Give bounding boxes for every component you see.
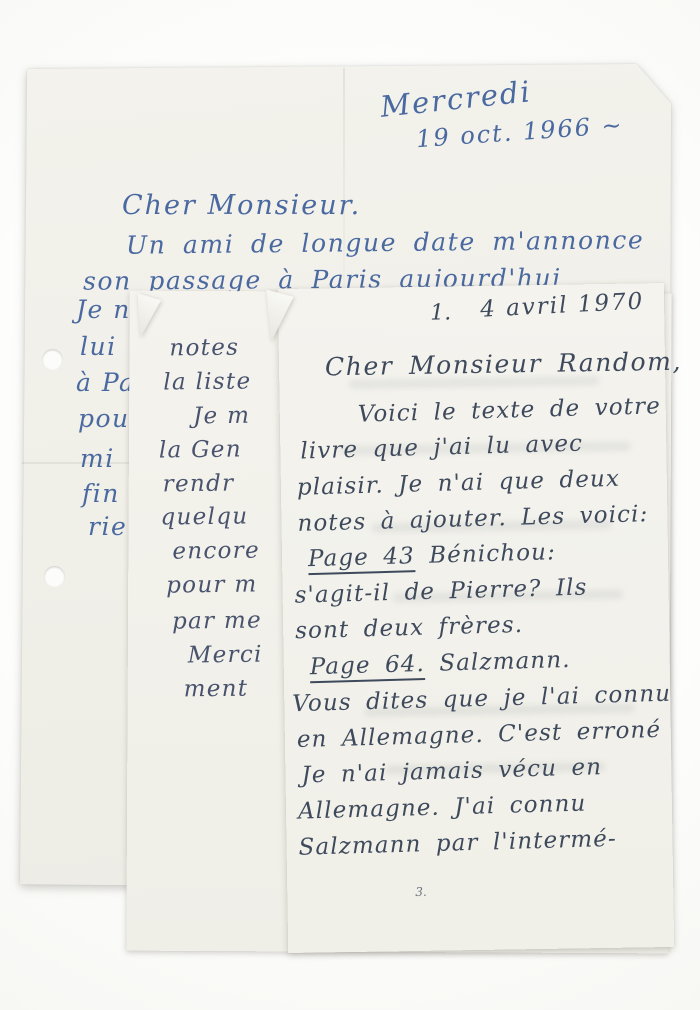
dogear-fold: [132, 293, 161, 339]
clipped-line-fragment: Je n: [76, 295, 131, 324]
clipped-line-fragment: pour m: [166, 571, 258, 598]
clipped-line-fragment: rendr: [163, 471, 235, 498]
horizontal-fold-crease: [22, 462, 134, 464]
letter-line-text: Salzmann.: [425, 647, 571, 677]
date-line-1970: 4 avril 1970: [480, 288, 645, 322]
vertical-fold-crease: [343, 68, 345, 298]
clipped-line-fragment: quelqu: [160, 503, 248, 530]
clipped-line-fragment: notes: [169, 335, 239, 362]
clipped-line-fragment: rie: [88, 512, 127, 541]
letter-line: sont deux frères.: [295, 612, 524, 644]
clipped-line-fragment: ment: [183, 676, 248, 703]
dogear-fold-face: [132, 293, 161, 339]
photograph-of-handwritten-letters: Mercredi 19 oct. 1966 ~ Cher Monsieur. U…: [0, 0, 700, 1010]
letter-line: livre que j'ai lu avec: [300, 431, 583, 465]
dogear-fold-face: [262, 289, 294, 342]
clipped-line-fragment: Je m: [193, 403, 250, 430]
letter-line: s'agit-il de Pierre? Ils: [294, 574, 588, 608]
letter-line: Un ami de longue date m'annonce: [126, 225, 645, 259]
clipped-line-fragment: fin: [82, 479, 120, 508]
punch-hole: [42, 349, 63, 370]
letter-line: Page 43 Bénichou:: [308, 539, 557, 572]
letter-line: plaisir. Je n'ai que deux: [297, 466, 621, 501]
clipped-line-fragment: à Pa: [76, 368, 135, 397]
salutation-1970: Cher Monsieur Random,: [325, 347, 682, 382]
letter-line: Page 64. Salzmann.: [309, 647, 571, 680]
clipped-line-fragment: pou: [78, 404, 130, 433]
letter-line: notes à ajouter. Les voici:: [297, 501, 649, 537]
foot-ink-mark: 3.: [415, 885, 427, 899]
letter-line: Salzmann par l'intermé-: [298, 826, 617, 861]
clipped-line-fragment: mi: [80, 444, 115, 473]
clipped-line-fragment: encore: [172, 538, 260, 565]
page-number: 1.: [430, 300, 451, 325]
underlined-page-ref: Page 43: [308, 543, 416, 575]
clipped-line-fragment: par me: [172, 607, 262, 634]
punch-hole: [44, 566, 65, 587]
letter-line: Je n'ai jamais vécu en: [301, 754, 602, 788]
clipped-line-fragment: la liste: [163, 368, 251, 395]
dogear-fold: [262, 289, 294, 342]
clipped-line-fragment: Merci: [188, 642, 263, 669]
salutation-1966: Cher Monsieur.: [122, 190, 361, 221]
clipped-line-fragment: la Gen: [159, 436, 242, 463]
underlined-page-ref: Page 64.: [309, 651, 425, 683]
letter-line: Voici le texte de votre: [357, 393, 661, 427]
letter-sheet-1970: 1. 4 avril 1970 Cher Monsieur Random, Vo…: [278, 283, 674, 953]
clipped-line-fragment: lui: [80, 332, 117, 361]
letter-line: en Allemagne. C'est erroné: [297, 717, 662, 753]
letter-line-text: Bénichou:: [414, 539, 556, 569]
letter-line: Allemagne. J'ai connu: [298, 791, 587, 825]
